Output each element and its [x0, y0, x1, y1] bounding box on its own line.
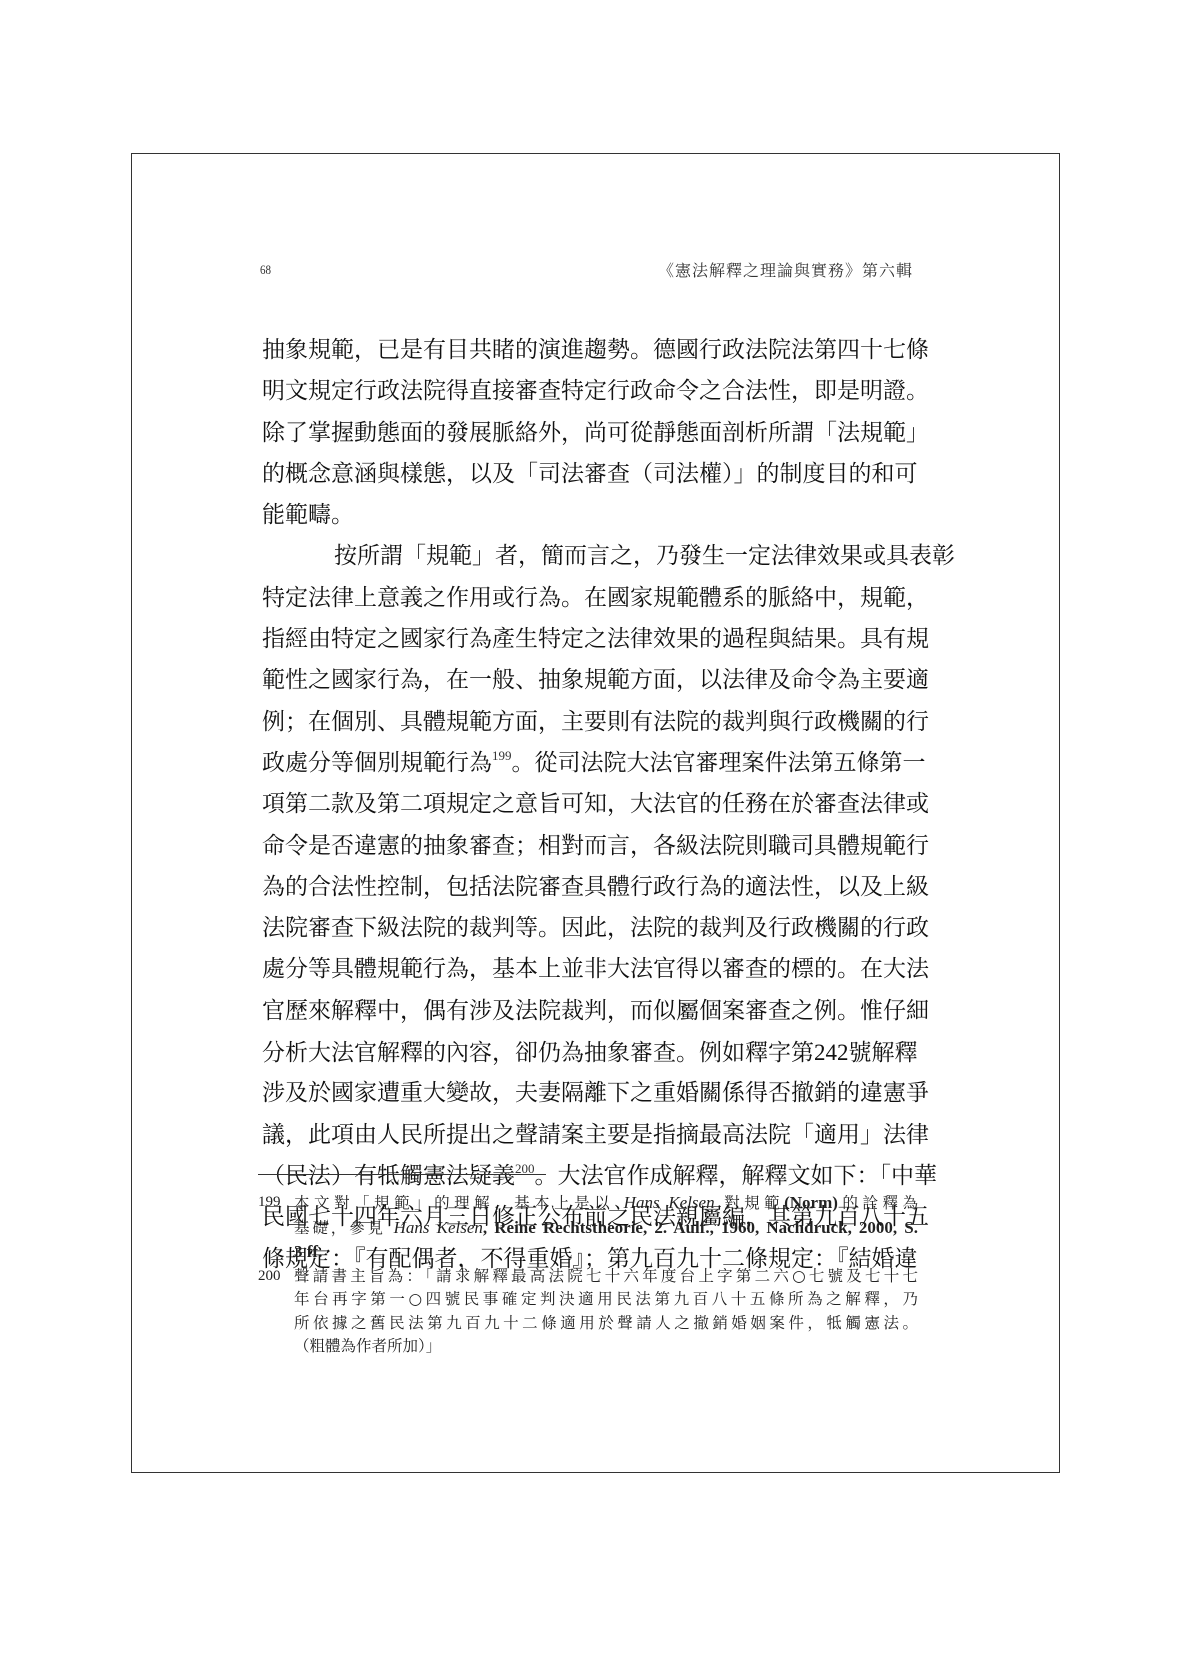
body-line: 處分等具體規範行為，基本上並非大法官得以審查的標的。在大法 [262, 949, 914, 990]
body-line: 為的合法性控制，包括法院審查具體行政行為的適法性，以及上級 [262, 867, 914, 908]
footnote-200: 200 聲請書主旨為：「請求解釋最高法院七十六年度台上字第二六○七號及七十七 年… [258, 1265, 918, 1359]
footnote-number: 199 [258, 1191, 281, 1215]
footnote-line: 所依據之舊民法第九百九十二條適用於聲請人之撤銷婚姻案件，牴觸憲法。 [294, 1312, 918, 1336]
body-line: 明文規定行政法院得直接審查特定行政命令之合法性，即是明證。 [262, 371, 914, 412]
body-line: 官歷來解釋中，偶有涉及法院裁判，而似屬個案審查之例。惟仔細 [262, 991, 914, 1032]
footnote-line: 3 ff. [294, 1240, 918, 1265]
footnote-text: 基礎，參見 [294, 1219, 386, 1237]
body-line-segment: 。從司法院大法官審理案件法第五條第一 [512, 750, 926, 776]
author-name: Hans Kelsen [394, 1218, 483, 1237]
body-line: 議，此項由人民所提出之聲請案主要是指摘最高法院「適用」法律 [262, 1115, 914, 1156]
body-line: 特定法律上意義之作用或行為。在國家規範體系的脈絡中，規範， [262, 578, 914, 619]
footnote-separator [258, 1174, 546, 1175]
body-line: 涉及於國家遭重大變故，夫妻隔離下之重婚關係得否撤銷的違憲爭 [262, 1073, 914, 1114]
body-line-segment: （民法）有牴觸憲法疑義 [262, 1163, 515, 1189]
footnote-line: 基礎，參見 Hans Kelsen, Reine Rechtstheorie, … [294, 1216, 918, 1241]
body-line-segment: 政處分等個別規範行為 [262, 750, 492, 776]
body-line: 項第二款及第二項規定之意旨可知，大法官的任務在於審查法律或 [262, 784, 914, 825]
footnotes: 199 本文對「規範」的理解，基本上是以 Hans Kelsen 對規範(Nor… [258, 1191, 918, 1359]
body-line: 按所謂「規範」者，簡而言之，乃發生一定法律效果或具表彰 [262, 536, 914, 577]
body-line-segment: 號解釋 [849, 1040, 918, 1066]
body-line: 分析大法官解釋的內容，卻仍為抽象審查。例如釋字第242號解釋 [262, 1032, 914, 1073]
footnote-line: （粗體為作者所加）」 [294, 1335, 918, 1359]
citation-page: 3 ff. [294, 1242, 322, 1261]
body-line: 政處分等個別規範行為199。從司法院大法官審理案件法第五條第一 [262, 743, 914, 784]
body-line: 能範疇。 [262, 495, 914, 536]
footnote-text: (Norm) [784, 1193, 838, 1212]
body-line: 法院審查下級法院的裁判等。因此，法院的裁判及行政機關的行政 [262, 908, 914, 949]
page-number: 68 [260, 262, 271, 278]
footnote-line: 年台再字第一○四號民事確定判決適用民法第九百八十五條所為之解釋，乃 [294, 1288, 918, 1312]
interpretation-number: 242 [814, 1040, 849, 1065]
body-line: 範性之國家行為，在一般、抽象規範方面，以法律及命令為主要適 [262, 660, 914, 701]
footnote-text: 本文對「規範」的理解，基本上是以 [294, 1194, 614, 1212]
footnote-line: 本文對「規範」的理解，基本上是以 Hans Kelsen 對規範(Norm)的詮… [294, 1191, 918, 1216]
running-title: 《憲法解釋之理論與實務》第六輯 [658, 258, 913, 281]
body-line: 指經由特定之國家行為產生特定之法律效果的過程與結果。具有規 [262, 619, 914, 660]
body-line: 抽象規範，已是有目共睹的演進趨勢。德國行政法院法第四十七條 [262, 330, 914, 371]
footnote-text: 的詮釋為 [838, 1194, 918, 1212]
citation: , Reine Rechtstheorie, 2. Aulf., 1960, N… [483, 1218, 918, 1237]
author-name: Hans Kelsen [624, 1193, 715, 1212]
body-line-segment: 分析大法官解釋的內容，卻仍為抽象審查。例如釋字第 [262, 1040, 814, 1066]
footnote-number: 200 [258, 1265, 281, 1289]
body-line-segment: 。大法官作成解釋，解釋文如下：「中華 [535, 1163, 938, 1189]
footnote-ref-199[interactable]: 199 [492, 748, 512, 763]
body-line: 除了掌握動態面的發展脈絡外，尚可從靜態面剖析所謂「法規範」 [262, 413, 914, 454]
footnote-199: 199 本文對「規範」的理解，基本上是以 Hans Kelsen 對規範(Nor… [258, 1191, 918, 1265]
body-line: 的概念意涵與樣態，以及「司法審查（司法權）」的制度目的和可 [262, 454, 914, 495]
body-line: 例；在個別、具體規範方面，主要則有法院的裁判與行政機關的行 [262, 702, 914, 743]
body-line: 命令是否違憲的抽象審查；相對而言，各級法院則職司具體規範行 [262, 826, 914, 867]
footnote-text: 對規範 [724, 1194, 784, 1212]
footnote-line: 聲請書主旨為：「請求解釋最高法院七十六年度台上字第二六○七號及七十七 [294, 1265, 918, 1289]
body-text: 抽象規範，已是有目共睹的演進趨勢。德國行政法院法第四十七條 明文規定行政法院得直… [262, 330, 914, 1280]
